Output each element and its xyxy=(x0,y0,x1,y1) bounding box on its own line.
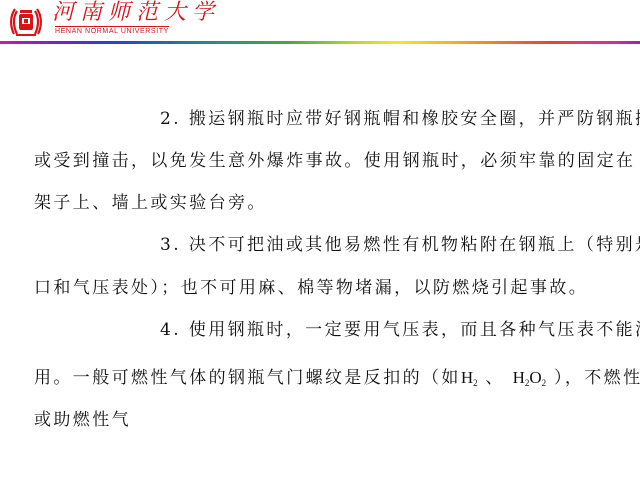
formula-h2: H2 xyxy=(461,368,478,387)
university-name-cn: 河南师范大学 xyxy=(52,1,220,25)
paragraph-3-line-2: 口和气压表处）；也不可用麻、棉等物堵漏，以防燃烧引起事故。 xyxy=(34,276,588,300)
university-name-en: HENAN NORMAL UNIVERSITY xyxy=(55,26,169,36)
formula-separator: 、 xyxy=(478,368,513,388)
paragraph-4-line-2-text: 用。一般可燃性气体的钢瓶气门螺纹是反扣的（如 xyxy=(34,368,461,388)
university-emblem-icon xyxy=(8,4,44,38)
paragraph-4-line-2-tail: ），不燃性 xyxy=(546,368,640,388)
paragraph-4-line-3: 或助燃性气 xyxy=(34,408,131,432)
paragraph-2-line-1: 2. 搬运钢瓶时应带好钢瓶帽和橡胶安全圈，并严防钢瓶摔倒 xyxy=(160,107,640,131)
gradient-divider xyxy=(0,41,640,44)
formula-h2o2: H2O2 xyxy=(513,368,547,387)
slide: 河南师范大学 HENAN NORMAL UNIVERSITY 2. 搬运钢瓶时应… xyxy=(0,0,640,480)
paragraph-4-line-1: 4. 使用钢瓶时，一定要用气压表，而且各种气压表不能混 xyxy=(160,318,640,342)
paragraph-4-line-2: 用。一般可燃性气体的钢瓶气门螺纹是反扣的（如H2 、 H2O2 ），不燃性 xyxy=(34,366,640,395)
paragraph-2-line-3: 架子上、墙上或实验台旁。 xyxy=(34,191,267,215)
header: 河南师范大学 HENAN NORMAL UNIVERSITY xyxy=(0,0,640,44)
paragraph-3-line-1: 3. 决不可把油或其他易燃性有机物粘附在钢瓶上（特别是出 xyxy=(160,233,640,257)
paragraph-2-line-2: 或受到撞击，以免发生意外爆炸事故。使用钢瓶时，必须牢靠的固定在 xyxy=(34,149,635,173)
